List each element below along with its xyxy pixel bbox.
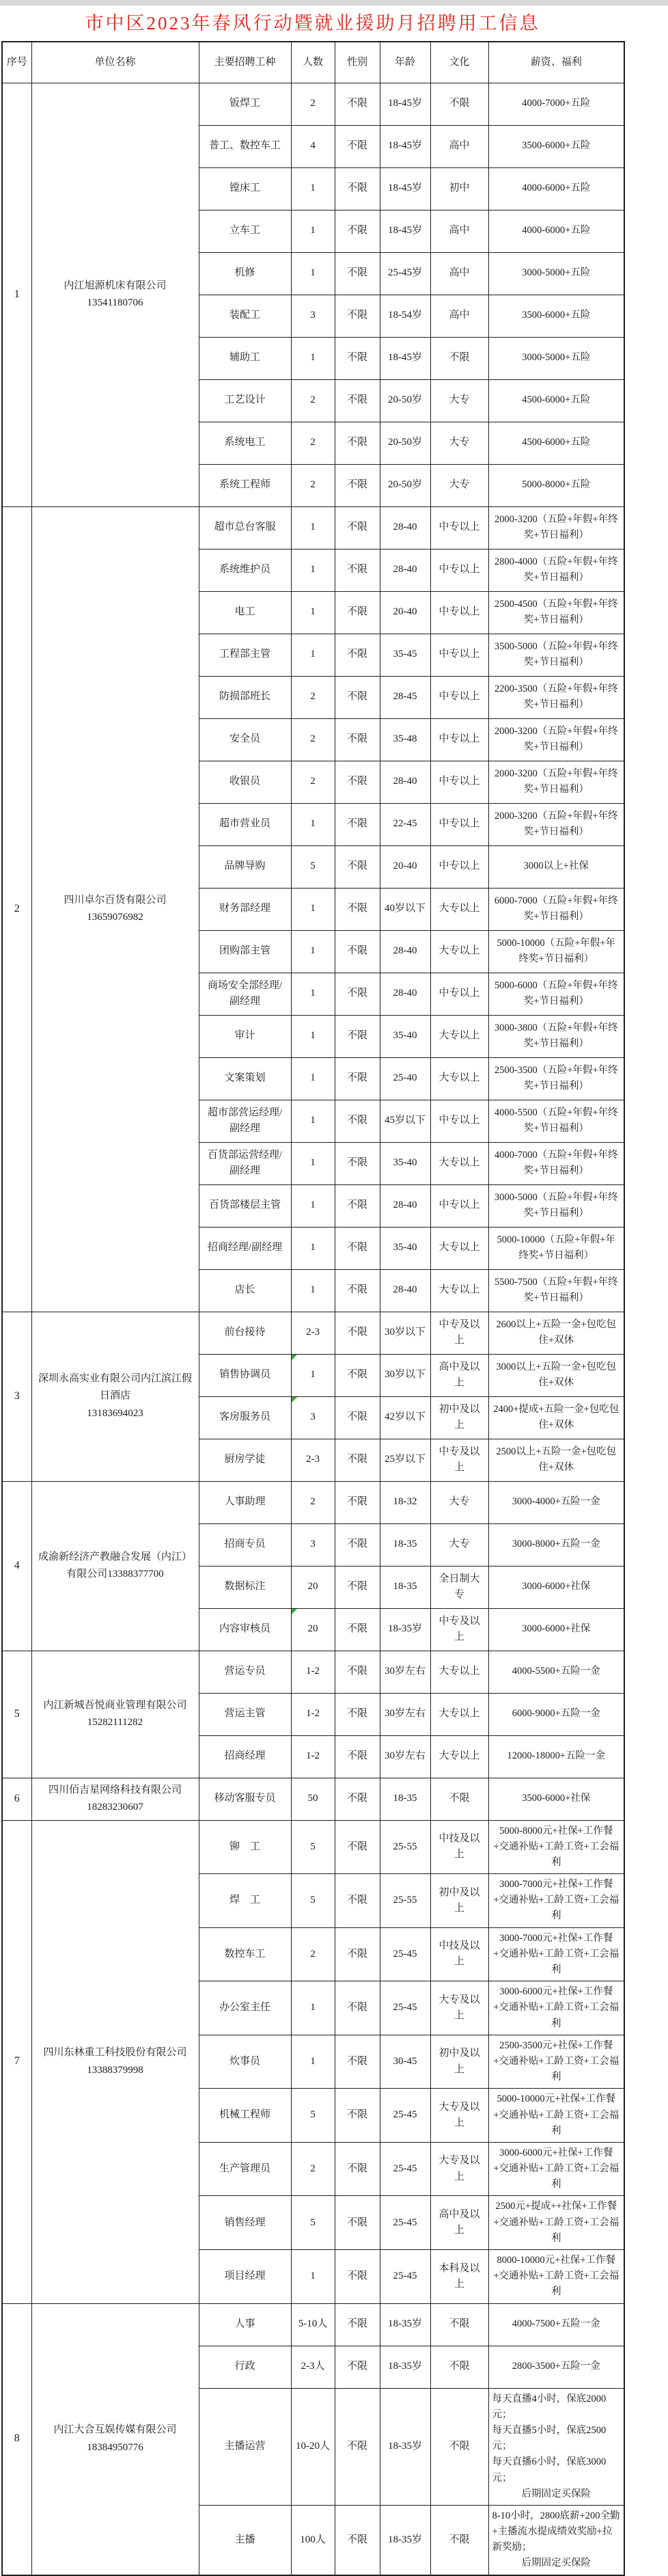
- salary-cell: 3000-5000（五险+年假+年终奖+节日福利）: [488, 1184, 624, 1227]
- job-title-cell: 客房服务员: [199, 1396, 291, 1439]
- company-cell: 四川卓尔百货有限公司13659076982: [31, 506, 199, 1312]
- job-row: 1内江旭源机床有限公司13541180706钣焊工2不限18-45岁不限4000…: [2, 83, 624, 125]
- education-cell: 中专以上: [430, 506, 488, 549]
- age-cell: 25-45: [380, 2142, 430, 2196]
- education-cell: 大专以上: [430, 1735, 488, 1778]
- gender-cell: 不限: [335, 2505, 380, 2575]
- education-cell: 不限: [430, 2303, 488, 2346]
- salary-cell: 5500-7500（五险+年假+年终奖+节日福利）: [488, 1269, 624, 1312]
- education-cell: 大专及以上: [430, 1981, 488, 2035]
- count-cell: 2-3人: [291, 2346, 335, 2388]
- job-title-cell: 主播运营: [199, 2388, 291, 2505]
- gender-cell: 不限: [335, 83, 380, 125]
- count-cell: 2: [291, 422, 335, 464]
- education-cell: 本科及以上: [430, 2250, 488, 2304]
- education-cell: 不限: [430, 337, 488, 379]
- gender-cell: 不限: [335, 1100, 380, 1142]
- count-cell: 2: [291, 2142, 335, 2196]
- salary-line: 后期固定买保险: [492, 2486, 621, 2502]
- salary-cell: 5000-8000元+社保+工作餐+交通补贴+工龄工资+工会福利: [488, 1820, 624, 1874]
- education-cell: 中技及以上: [430, 1927, 488, 1981]
- gender-cell: 不限: [335, 930, 380, 973]
- age-cell: 18-32: [380, 1481, 430, 1523]
- age-cell: 30岁左右: [380, 1651, 430, 1693]
- age-cell: 35-40: [380, 1142, 430, 1184]
- count-cell: 1: [291, 1100, 335, 1142]
- job-row: 3深圳永高实业有限公司内江滨江假日酒店13183694023前台接待2-3不限3…: [2, 1312, 624, 1354]
- job-title-cell: 招商经理: [199, 1735, 291, 1778]
- education-cell: 大专及以上: [430, 2089, 488, 2143]
- gender-cell: 不限: [335, 761, 380, 803]
- company-cell: 内江大合互娱传媒有限公司18384950776: [31, 2303, 199, 2575]
- salary-cell: 2500-4500（五险+年假+年终奖+节日福利）: [488, 591, 624, 634]
- education-cell: 大专以上: [430, 1227, 488, 1269]
- gender-cell: 不限: [335, 888, 380, 930]
- job-title-cell: 系统电工: [199, 422, 291, 464]
- job-title-cell: 工程部主管: [199, 634, 291, 676]
- age-cell: 25-45: [380, 1981, 430, 2035]
- education-cell: 中专以上: [430, 973, 488, 1015]
- age-cell: 45岁以下: [380, 1100, 430, 1142]
- top-gray-strip: [0, 0, 668, 5]
- education-cell: 全日制大专: [430, 1566, 488, 1608]
- gender-cell: 不限: [335, 1523, 380, 1566]
- salary-cell: 每天直播4小时，保底2000元；每天直播5小时，保底2500元；每天直播6小时，…: [488, 2388, 624, 2505]
- company-line: 深圳永高实业有限公司内江滨江假日酒店: [36, 1370, 195, 1405]
- salary-cell: 4000-7000（五险+年假+年终奖+节日福利）: [488, 1142, 624, 1184]
- job-title-cell: 内容审核员: [199, 1608, 291, 1651]
- job-title-cell: 主播: [199, 2505, 291, 2575]
- company-line: 13659076982: [36, 909, 195, 927]
- salary-cell: 2800-4000（五险+年假+年终奖+节日福利）: [488, 549, 624, 591]
- count-cell: 5: [291, 2196, 335, 2250]
- col-header-age: 年龄: [380, 42, 430, 83]
- cell-note-marker-icon: [292, 1397, 297, 1402]
- salary-cell: 5000-8000+五险: [488, 464, 624, 506]
- salary-cell: 2000-3200（五险+年假+年终奖+节日福利）: [488, 803, 624, 845]
- education-cell: 高中: [430, 210, 488, 252]
- salary-line: 后期固定买保险: [492, 2555, 621, 2571]
- gender-cell: 不限: [335, 1396, 380, 1439]
- salary-cell: 3500-5000（五险+年假+年终奖+节日福利）: [488, 634, 624, 676]
- age-cell: 18-45岁: [380, 167, 430, 210]
- age-cell: 25-55: [380, 1874, 430, 1928]
- count-cell: 1: [291, 888, 335, 930]
- salary-cell: 2000-3200（五险+年假+年终奖+节日福利）: [488, 718, 624, 761]
- age-cell: 28-40: [380, 973, 430, 1015]
- company-line: 13388379998: [36, 2062, 195, 2080]
- count-cell: 5-10人: [291, 2303, 335, 2346]
- gender-cell: 不限: [335, 1312, 380, 1354]
- job-title-cell: 超市总台客服: [199, 506, 291, 549]
- salary-cell: 4500-6000+五险: [488, 422, 624, 464]
- age-cell: 20-50岁: [380, 379, 430, 422]
- job-title-cell: 超市部营运经理/副经理: [199, 1100, 291, 1142]
- education-cell: 不限: [430, 83, 488, 125]
- salary-cell: 12000-18000+五险一金: [488, 1735, 624, 1778]
- age-cell: 30岁以下: [380, 1354, 430, 1396]
- salary-cell: 2800-3500+五险一金: [488, 2346, 624, 2388]
- company-line: 13183694023: [36, 1405, 195, 1423]
- age-cell: 28-45: [380, 676, 430, 718]
- gender-cell: 不限: [335, 2089, 380, 2143]
- age-cell: 25岁以下: [380, 1439, 430, 1481]
- count-cell: 100人: [291, 2505, 335, 2575]
- job-title-cell: 招商专员: [199, 1523, 291, 1566]
- salary-cell: 3000-4000+五险一金: [488, 1481, 624, 1523]
- age-cell: 18-45岁: [380, 337, 430, 379]
- salary-cell: 5000-10000（五险+年假+年终奖+节日福利）: [488, 1227, 624, 1269]
- count-cell: 1: [291, 930, 335, 973]
- salary-cell: 2200-3500（五险+年假+年终奖+节日福利）: [488, 676, 624, 718]
- salary-cell: 2400+提成+五险一金+包吃包住+双休: [488, 1396, 624, 1439]
- gender-cell: 不限: [335, 1566, 380, 1608]
- count-cell: 2: [291, 676, 335, 718]
- count-cell: 10-20人: [291, 2388, 335, 2505]
- gender-cell: 不限: [335, 2346, 380, 2388]
- salary-cell: 3000-6000元+社保+工作餐+交通补贴+工龄工资+工会福利: [488, 1981, 624, 2035]
- count-cell: 1: [291, 1184, 335, 1227]
- group-seq: 6: [2, 1778, 31, 1820]
- job-title-cell: 工艺设计: [199, 379, 291, 422]
- company-cell: 成渝新经济产教融合发展（内江）有限公司13388377700: [31, 1481, 199, 1651]
- job-title-cell: 普工、数控车工: [199, 125, 291, 167]
- count-cell: 1: [291, 210, 335, 252]
- job-title-cell: 前台接待: [199, 1312, 291, 1354]
- salary-cell: 4500-6000+五险: [488, 379, 624, 422]
- gender-cell: 不限: [335, 676, 380, 718]
- education-cell: 大专: [430, 1523, 488, 1566]
- count-cell: 3: [291, 1396, 335, 1439]
- age-cell: 30岁左右: [380, 1693, 430, 1735]
- company-line: 内江旭源机床有限公司: [36, 277, 195, 295]
- cell-note-marker-icon: [292, 1609, 297, 1614]
- company-line: 内江新城吾悦商业管理有限公司: [36, 1697, 195, 1715]
- col-header-gender: 性别: [335, 42, 380, 83]
- education-cell: 不限: [430, 1778, 488, 1820]
- job-title-cell: 辅助工: [199, 337, 291, 379]
- education-cell: 初中: [430, 167, 488, 210]
- job-title-cell: 百货部楼层主管: [199, 1184, 291, 1227]
- gender-cell: 不限: [335, 845, 380, 888]
- gender-cell: 不限: [335, 718, 380, 761]
- gender-cell: 不限: [335, 506, 380, 549]
- job-title-cell: 数据标注: [199, 1566, 291, 1608]
- count-cell: 1: [291, 2250, 335, 2304]
- job-title-cell: 立车工: [199, 210, 291, 252]
- salary-cell: 3500-6000+社保: [488, 1778, 624, 1820]
- age-cell: 18-35岁: [380, 2505, 430, 2575]
- page-title: 市中区2023年春风行动暨就业援助月招聘用工信息: [1, 5, 624, 41]
- count-cell: 1: [291, 634, 335, 676]
- education-cell: 中专以上: [430, 1184, 488, 1227]
- gender-cell: 不限: [335, 337, 380, 379]
- education-cell: 大专以上: [430, 930, 488, 973]
- gender-cell: 不限: [335, 1184, 380, 1227]
- gender-cell: 不限: [335, 2035, 380, 2089]
- salary-cell: 2500以上+五险一金+包吃包住+双休: [488, 1439, 624, 1481]
- education-cell: 不限: [430, 2346, 488, 2388]
- education-cell: 大专及以上: [430, 2142, 488, 2196]
- count-cell: 1: [291, 1269, 335, 1312]
- gender-cell: 不限: [335, 973, 380, 1015]
- count-cell: 5: [291, 845, 335, 888]
- salary-cell: 3000-5000+五险: [488, 252, 624, 295]
- company-line: 18384950776: [36, 2439, 195, 2457]
- gender-cell: 不限: [335, 2388, 380, 2505]
- job-title-cell: 项目经理: [199, 2250, 291, 2304]
- salary-cell: 3000-8000+五险一金: [488, 1523, 624, 1566]
- count-cell: 1: [291, 337, 335, 379]
- count-cell: 2: [291, 1481, 335, 1523]
- age-cell: 18-35: [380, 1523, 430, 1566]
- job-title-cell: 财务部经理: [199, 888, 291, 930]
- education-cell: 中技及以上: [430, 1820, 488, 1874]
- job-title-cell: 人事: [199, 2303, 291, 2346]
- col-header-education: 文化: [430, 42, 488, 83]
- age-cell: 35-48: [380, 718, 430, 761]
- count-cell: 2: [291, 379, 335, 422]
- salary-cell: 3000-7000元+社保+工作餐+交通补贴+工龄工资+工会福利: [488, 1927, 624, 1981]
- age-cell: 30岁左右: [380, 1735, 430, 1778]
- count-cell: 1-2: [291, 1693, 335, 1735]
- col-header-company: 单位名称: [31, 42, 199, 83]
- salary-cell: 8-10小时，2800底薪+200全勤+主播流水提成绩效奖励+拉新奖励；后期固定…: [488, 2505, 624, 2575]
- gender-cell: 不限: [335, 2303, 380, 2346]
- group-seq: 4: [2, 1481, 31, 1651]
- gender-cell: 不限: [335, 1693, 380, 1735]
- salary-cell: 2500元+提成++社保+工作餐+交通补贴+工龄工资+工会福利: [488, 2196, 624, 2250]
- education-cell: 中专以上: [430, 591, 488, 634]
- salary-cell: 3000以上+五险一金+包吃包住+双休: [488, 1354, 624, 1396]
- count-cell: 2: [291, 718, 335, 761]
- company-line: 内江大合互娱传媒有限公司: [36, 2422, 195, 2439]
- gender-cell: 不限: [335, 422, 380, 464]
- education-cell: 大专: [430, 379, 488, 422]
- company-cell: 四川佰吉星网络科技有限公司18283230607: [31, 1778, 199, 1820]
- job-title-cell: 机修: [199, 252, 291, 295]
- job-title-cell: 铆 工: [199, 1820, 291, 1874]
- gender-cell: 不限: [335, 1735, 380, 1778]
- age-cell: 18-45岁: [380, 83, 430, 125]
- age-cell: 35-40: [380, 1015, 430, 1057]
- salary-cell: 3000以上+社保: [488, 845, 624, 888]
- gender-cell: 不限: [335, 1981, 380, 2035]
- count-cell: 1: [291, 1057, 335, 1100]
- age-cell: 25-40: [380, 1057, 430, 1100]
- group-seq: 3: [2, 1312, 31, 1481]
- job-title-cell: 数控车工: [199, 1927, 291, 1981]
- job-title-cell: 安全员: [199, 718, 291, 761]
- gender-cell: 不限: [335, 125, 380, 167]
- education-cell: 中专以上: [430, 718, 488, 761]
- salary-cell: 3000-6000元+社保+工作餐+交通补贴+工龄工资+工会福利: [488, 2142, 624, 2196]
- age-cell: 42岁以下: [380, 1396, 430, 1439]
- job-row: 8内江大合互娱传媒有限公司18384950776人事5-10人不限18-35岁不…: [2, 2303, 624, 2346]
- salary-cell: 3000-6000+社保: [488, 1608, 624, 1651]
- age-cell: 35-40: [380, 1227, 430, 1269]
- age-cell: 28-40: [380, 761, 430, 803]
- education-cell: 中专以上: [430, 676, 488, 718]
- gender-cell: 不限: [335, 252, 380, 295]
- company-line: 四川佰吉星网络科技有限公司: [36, 1782, 195, 1800]
- salary-line: 每天直播5小时，保底2500元；: [492, 2423, 621, 2454]
- salary-cell: 3000-5000+五险: [488, 337, 624, 379]
- age-cell: 18-45岁: [380, 210, 430, 252]
- job-title-cell: 办公室主任: [199, 1981, 291, 2035]
- salary-cell: 3000-6000+社保: [488, 1566, 624, 1608]
- job-title-cell: 店长: [199, 1269, 291, 1312]
- gender-cell: 不限: [335, 210, 380, 252]
- salary-cell: 4000-6000+五险: [488, 210, 624, 252]
- age-cell: 20-50岁: [380, 464, 430, 506]
- education-cell: 中专以上: [430, 845, 488, 888]
- education-cell: 大专以上: [430, 1651, 488, 1693]
- company-cell: 内江旭源机床有限公司13541180706: [31, 83, 199, 506]
- company-line: 四川卓尔百货有限公司: [36, 892, 195, 910]
- salary-cell: 4000-6000+五险: [488, 167, 624, 210]
- col-header-salary: 薪资、福利: [488, 42, 624, 83]
- gender-cell: 不限: [335, 1269, 380, 1312]
- education-cell: 中专以上: [430, 634, 488, 676]
- job-title-cell: 系统工程师: [199, 464, 291, 506]
- count-cell: 3: [291, 295, 335, 337]
- job-title-cell: 百货部运营经理/副经理: [199, 1142, 291, 1184]
- job-title-cell: 销售协调员: [199, 1354, 291, 1396]
- job-title-cell: 营运专员: [199, 1651, 291, 1693]
- age-cell: 18-35岁: [380, 2388, 430, 2505]
- gender-cell: 不限: [335, 2250, 380, 2304]
- job-title-cell: 文案策划: [199, 1057, 291, 1100]
- count-cell: 1: [291, 803, 335, 845]
- job-title-cell: 炊事员: [199, 2035, 291, 2089]
- salary-cell: 4000-5500+五险一金: [488, 1651, 624, 1693]
- job-title-cell: 招商经理/副经理: [199, 1227, 291, 1269]
- gender-cell: 不限: [335, 167, 380, 210]
- gender-cell: 不限: [335, 295, 380, 337]
- count-cell: 5: [291, 1820, 335, 1874]
- salary-cell: 5000-10000（五险+年假+年终奖+节日福利）: [488, 930, 624, 973]
- count-cell: 1: [291, 1354, 335, 1396]
- group-seq: 8: [2, 2303, 31, 2575]
- salary-cell: 4000-7000+五险: [488, 83, 624, 125]
- count-cell: 1: [291, 549, 335, 591]
- job-title-cell: 审计: [199, 1015, 291, 1057]
- salary-line: 每天直播4小时，保底2000元；: [492, 2391, 621, 2423]
- age-cell: 20-40: [380, 591, 430, 634]
- job-title-cell: 超市营业员: [199, 803, 291, 845]
- salary-cell: 3000-3800（五险+年假+年终奖+节日福利）: [488, 1015, 624, 1057]
- count-cell: 3: [291, 1523, 335, 1566]
- count-cell: 2: [291, 464, 335, 506]
- age-cell: 18-45岁: [380, 125, 430, 167]
- age-cell: 28-40: [380, 930, 430, 973]
- group-seq: 1: [2, 83, 31, 506]
- count-cell: 1: [291, 973, 335, 1015]
- count-cell: 5: [291, 1874, 335, 1928]
- count-cell: 2: [291, 761, 335, 803]
- job-title-cell: 电工: [199, 591, 291, 634]
- education-cell: 中专及以上: [430, 1439, 488, 1481]
- company-cell: 深圳永高实业有限公司内江滨江假日酒店13183694023: [31, 1312, 199, 1481]
- page: 市中区2023年春风行动暨就业援助月招聘用工信息 序号 单位名称 主要招聘工种 …: [0, 0, 668, 2576]
- salary-cell: 2000-3200（五险+年假+年终奖+节日福利）: [488, 506, 624, 549]
- job-row: 2四川卓尔百货有限公司13659076982超市总台客服1不限28-40中专以上…: [2, 506, 624, 549]
- salary-cell: 3000-7000元+社保+工作餐+交通补贴+工龄工资+工会福利: [488, 1874, 624, 1928]
- education-cell: 高中: [430, 125, 488, 167]
- job-title-cell: 系统维护员: [199, 549, 291, 591]
- age-cell: 28-40: [380, 549, 430, 591]
- gender-cell: 不限: [335, 1927, 380, 1981]
- table-body: 1内江旭源机床有限公司13541180706钣焊工2不限18-45岁不限4000…: [2, 83, 624, 2575]
- age-cell: 18-35岁: [380, 2303, 430, 2346]
- salary-cell: 3500-6000+五险: [488, 295, 624, 337]
- education-cell: 初中及以上: [430, 1396, 488, 1439]
- education-cell: 中专及以上: [430, 1312, 488, 1354]
- gender-cell: 不限: [335, 379, 380, 422]
- count-cell: 1: [291, 2035, 335, 2089]
- count-cell: 1: [291, 1227, 335, 1269]
- salary-cell: 6000-7000（五险+年假+年终奖+节日福利）: [488, 888, 624, 930]
- salary-cell: 4000-5500（五险+年假+年终奖+节日福利）: [488, 1100, 624, 1142]
- salary-cell: 2000-3200（五险+年假+年终奖+节日福利）: [488, 761, 624, 803]
- count-cell: 20: [291, 1566, 335, 1608]
- gender-cell: 不限: [335, 1015, 380, 1057]
- salary-cell: 3500-6000+五险: [488, 125, 624, 167]
- education-cell: 大专以上: [430, 888, 488, 930]
- job-row: 4成渝新经济产教融合发展（内江）有限公司13388377700人事助理2不限18…: [2, 1481, 624, 1523]
- company-cell: 内江新城吾悦商业管理有限公司15282111282: [31, 1651, 199, 1778]
- count-cell: 1: [291, 1981, 335, 2035]
- education-cell: 大专以上: [430, 1269, 488, 1312]
- job-title-cell: 人事助理: [199, 1481, 291, 1523]
- job-title-cell: 厨房学徒: [199, 1439, 291, 1481]
- job-title-cell: 机械工程师: [199, 2089, 291, 2143]
- salary-line: 每天直播6小时，保底3000元；: [492, 2454, 621, 2486]
- company-line: 四川东林重工科技股份有限公司: [36, 2044, 195, 2062]
- gender-cell: 不限: [335, 1439, 380, 1481]
- group-seq: 2: [2, 506, 31, 1312]
- age-cell: 22-45: [380, 803, 430, 845]
- count-cell: 1: [291, 252, 335, 295]
- gender-cell: 不限: [335, 1354, 380, 1396]
- education-cell: 不限: [430, 2388, 488, 2505]
- salary-cell: 2500-3500元+社保+工作餐+交通补贴+工龄工资+工会福利: [488, 2035, 624, 2089]
- education-cell: 初中及以上: [430, 1874, 488, 1928]
- job-title-cell: 镗床工: [199, 167, 291, 210]
- age-cell: 25-45: [380, 1927, 430, 1981]
- count-cell: 20: [291, 1608, 335, 1651]
- salary-line: 8-10小时，2800底薪+200全勤+主播流水提成绩效奖励+拉新奖励；: [492, 2508, 621, 2556]
- company-cell: 四川东林重工科技股份有限公司13388379998: [31, 1820, 199, 2303]
- job-title-cell: 收银员: [199, 761, 291, 803]
- salary-cell: 5000-10000元+社保+工作餐+交通补贴+工龄工资+工会福利: [488, 2089, 624, 2143]
- company-line: 成渝新经济产教融合发展（内江）有限公司13388377700: [36, 1549, 195, 1584]
- job-title-cell: 生产管理员: [199, 2142, 291, 2196]
- education-cell: 中专及以上: [430, 1608, 488, 1651]
- company-line: 18283230607: [36, 1799, 195, 1817]
- count-cell: 2-3: [291, 1312, 335, 1354]
- gender-cell: 不限: [335, 1651, 380, 1693]
- gender-cell: 不限: [335, 1778, 380, 1820]
- count-cell: 1: [291, 1142, 335, 1184]
- job-title-cell: 移动客服专员: [199, 1778, 291, 1820]
- salary-cell: 6000-9000+五险一金: [488, 1693, 624, 1735]
- gender-cell: 不限: [335, 464, 380, 506]
- gender-cell: 不限: [335, 591, 380, 634]
- education-cell: 大专: [430, 422, 488, 464]
- job-title-cell: 行政: [199, 2346, 291, 2388]
